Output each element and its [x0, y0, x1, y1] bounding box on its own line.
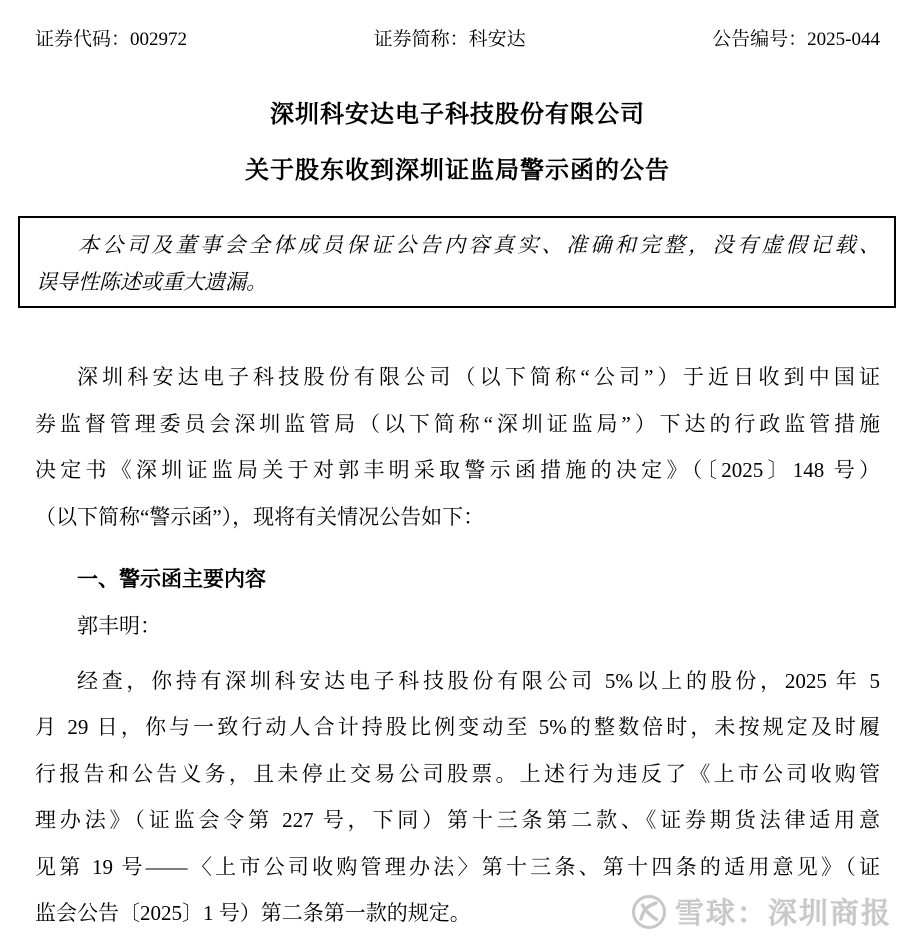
announcement-document: 证券代码：002972 证券简称：科安达 公告编号：2025-044 深圳科安达…	[0, 0, 914, 942]
document-body: 深圳科安达电子科技股份有限公司（以下简称“公司”）于近日收到中国证 券监督管理委…	[35, 354, 880, 937]
body-line: 经查，你持有深圳科安达电子科技股份有限公司 5%以上的股份，2025 年 5	[35, 658, 880, 705]
section-heading: 一、警示函主要内容	[35, 556, 880, 603]
body-line: 见第 19 号——〈上市公司收购管理办法〉第十三条、第十四条的适用意见》（证	[35, 844, 880, 891]
announcement-number: 公告编号：2025-044	[712, 28, 880, 52]
disclaimer-line: 误导性陈述或重大遗漏。	[36, 264, 880, 301]
body-line: 决定书《深圳证监局关于对郭丰明采取警示函措施的决定》（〔2025〕148 号）	[35, 447, 880, 494]
doc-header: 证券代码：002972 证券简称：科安达 公告编号：2025-044	[35, 28, 880, 52]
body-line: 券监督管理委员会深圳监管局（以下简称“深圳证监局”）下达的行政监管措施	[35, 401, 880, 448]
disclaimer-box: 本公司及董事会全体成员保证公告内容真实、准确和完整，没有虚假记载、 误导性陈述或…	[18, 216, 896, 308]
body-line: 月 29 日，你与一致行动人合计持股比例变动至 5%的整数倍时，未按规定及时履	[35, 704, 880, 751]
disclaimer-line: 本公司及董事会全体成员保证公告内容真实、准确和完整，没有虚假记载、	[36, 227, 880, 264]
xueqiu-logo-icon	[631, 894, 667, 930]
company-title: 深圳科安达电子科技股份有限公司	[35, 102, 880, 128]
body-line: 理办法》（证监会令第 227 号，下同）第十三条第二款、《证券期货法律适用意	[35, 797, 880, 844]
announcement-title: 关于股东收到深圳证监局警示函的公告	[35, 158, 880, 184]
stock-name: 证券简称：科安达	[374, 28, 526, 52]
paragraph-intro: 深圳科安达电子科技股份有限公司（以下简称“公司”）于近日收到中国证 券监督管理委…	[35, 354, 880, 540]
body-line: （以下简称“警示函”），现将有关情况公告如下：	[35, 494, 880, 541]
salutation: 郭丰明：	[35, 603, 880, 650]
watermark-text: 雪球：深圳商报	[675, 891, 892, 932]
body-line: 深圳科安达电子科技股份有限公司（以下简称“公司”）于近日收到中国证	[35, 354, 880, 401]
body-line: 行报告和公告义务，且未停止交易公司股票。上述行为违反了《上市公司收购管	[35, 751, 880, 798]
watermark: 雪球：深圳商报	[631, 891, 892, 932]
stock-code: 证券代码：002972	[35, 28, 187, 52]
